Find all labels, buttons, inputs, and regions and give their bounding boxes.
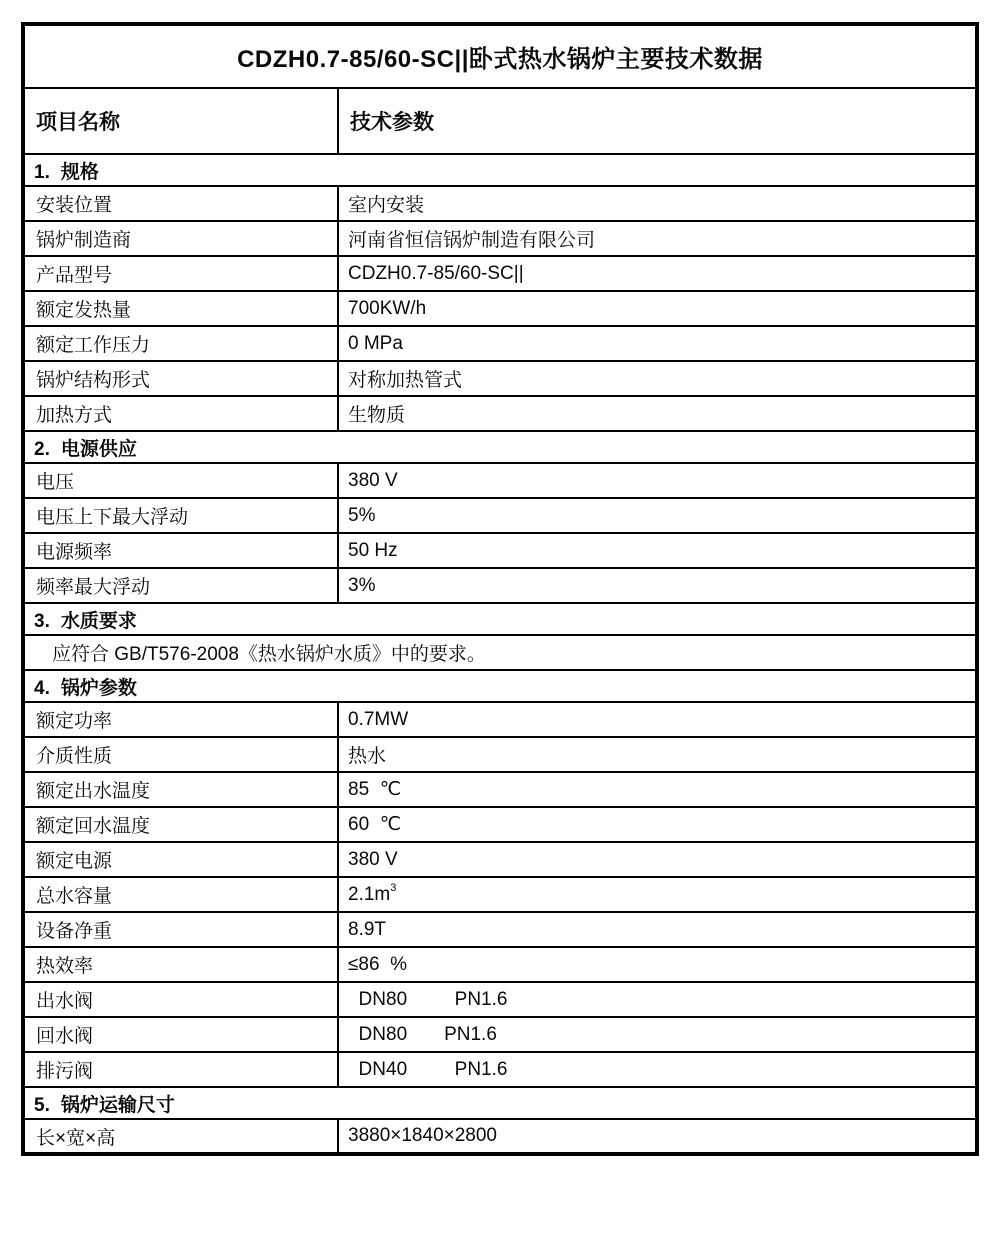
section-heading-row: 3.水质要求: [23, 603, 977, 635]
spec-row: 额定功率0.7MW: [23, 702, 977, 737]
spec-param-value: DN80 PN1.6: [338, 982, 977, 1017]
section-note-row: 应符合 GB/T576-2008《热水锅炉水质》中的要求。: [23, 635, 977, 670]
spec-param-value: 85 ℃: [338, 772, 977, 807]
spec-row: 额定出水温度85 ℃: [23, 772, 977, 807]
spec-value-text: 380 V: [348, 849, 398, 870]
spec-row: 出水阀 DN80 PN1.6: [23, 982, 977, 1017]
spec-row: 热效率≤86 %: [23, 947, 977, 982]
spec-row: 长×宽×高3880×1840×2800: [23, 1119, 977, 1154]
spec-param-value: 700KW/h: [338, 291, 977, 326]
spec-value-text: DN80 PN1.6: [348, 989, 507, 1010]
spec-value-text: 0.7MW: [348, 709, 408, 730]
spec-row: 额定电源380 V: [23, 842, 977, 877]
spec-value-text: 热水: [348, 746, 386, 767]
boiler-spec-table: CDZH0.7-85/60-SC||卧式热水锅炉主要技术数据 项目名称 技术参数…: [21, 22, 979, 1156]
section-heading: 3.水质要求: [23, 603, 977, 635]
section-heading: 2.电源供应: [23, 431, 977, 463]
spec-value-text: 380 V: [348, 470, 398, 491]
spec-value-text: ≤86 %: [348, 954, 407, 975]
spec-row: 锅炉结构形式对称加热管式: [23, 361, 977, 396]
spec-param-value: 生物质: [338, 396, 977, 431]
title-row: CDZH0.7-85/60-SC||卧式热水锅炉主要技术数据: [23, 24, 977, 88]
spec-param-value: 0 MPa: [338, 326, 977, 361]
spec-value-text: 8.9T: [348, 919, 386, 940]
spec-item-label: 排污阀: [23, 1052, 338, 1087]
spec-row: 加热方式生物质: [23, 396, 977, 431]
section-heading-row: 5.锅炉运输尺寸: [23, 1087, 977, 1119]
spec-value-text: 60 ℃: [348, 814, 401, 835]
spec-row: 额定回水温度60 ℃: [23, 807, 977, 842]
section-heading-row: 4.锅炉参数: [23, 670, 977, 702]
spec-value-text: 河南省恒信锅炉制造有限公司: [348, 230, 595, 251]
spec-value-text: 700KW/h: [348, 298, 426, 319]
spec-item-label: 加热方式: [23, 396, 338, 431]
spec-value-text: 室内安装: [348, 195, 424, 216]
spec-row: 设备净重8.9T: [23, 912, 977, 947]
spec-item-label: 电压: [23, 463, 338, 498]
spec-item-label: 出水阀: [23, 982, 338, 1017]
spec-value-text: DN80 PN1.6: [348, 1024, 497, 1045]
section-heading: 5.锅炉运输尺寸: [23, 1087, 977, 1119]
spec-value-text: 生物质: [348, 405, 405, 426]
spec-row: 产品型号CDZH0.7-85/60-SC||: [23, 256, 977, 291]
section-heading: 4.锅炉参数: [23, 670, 977, 702]
spec-param-value: ≤86 %: [338, 947, 977, 982]
spec-item-label: 额定发热量: [23, 291, 338, 326]
spec-param-value: DN80 PN1.6: [338, 1017, 977, 1052]
section-number: 2.: [34, 439, 50, 461]
spec-row: 电压上下最大浮动5%: [23, 498, 977, 533]
spec-param-value: 0.7MW: [338, 702, 977, 737]
spec-item-label: 额定出水温度: [23, 772, 338, 807]
spec-param-value: 对称加热管式: [338, 361, 977, 396]
spec-row: 回水阀 DN80 PN1.6: [23, 1017, 977, 1052]
spec-item-label: 设备净重: [23, 912, 338, 947]
spec-item-label: 锅炉制造商: [23, 221, 338, 256]
spec-value-text: 50 Hz: [348, 540, 398, 561]
spec-row: 锅炉制造商河南省恒信锅炉制造有限公司: [23, 221, 977, 256]
column-header-param: 技术参数: [338, 88, 977, 154]
spec-param-value: 380 V: [338, 842, 977, 877]
spec-row: 频率最大浮动3%: [23, 568, 977, 603]
spec-param-value: 60 ℃: [338, 807, 977, 842]
spec-item-label: 介质性质: [23, 737, 338, 772]
spec-value-text: 0 MPa: [348, 333, 403, 354]
column-header-row: 项目名称 技术参数: [23, 88, 977, 154]
spec-value-text: CDZH0.7-85/60-SC||: [348, 263, 524, 284]
spec-row: 电源频率50 Hz: [23, 533, 977, 568]
spec-item-label: 电源频率: [23, 533, 338, 568]
spec-value-text: 2.1m: [348, 884, 390, 905]
spec-item-label: 回水阀: [23, 1017, 338, 1052]
spec-row: 总水容量2.1m3: [23, 877, 977, 912]
spec-value-text: 3880×1840×2800: [348, 1125, 497, 1146]
spec-row: 额定工作压力0 MPa: [23, 326, 977, 361]
spec-item-label: 总水容量: [23, 877, 338, 912]
spec-item-label: 安装位置: [23, 186, 338, 221]
spec-item-label: 额定工作压力: [23, 326, 338, 361]
section-title: 锅炉运输尺寸: [61, 1095, 175, 1116]
spec-item-label: 额定回水温度: [23, 807, 338, 842]
column-header-item: 项目名称: [23, 88, 338, 154]
spec-value-text: 85 ℃: [348, 779, 401, 800]
spec-item-label: 频率最大浮动: [23, 568, 338, 603]
section-title: 电源供应: [61, 439, 137, 460]
section-number: 1.: [34, 162, 50, 184]
spec-item-label: 锅炉结构形式: [23, 361, 338, 396]
spec-param-value: 8.9T: [338, 912, 977, 947]
spec-item-label: 热效率: [23, 947, 338, 982]
spec-row: 介质性质热水: [23, 737, 977, 772]
spec-param-value: 室内安装: [338, 186, 977, 221]
spec-param-value: 50 Hz: [338, 533, 977, 568]
spec-row: 排污阀 DN40 PN1.6: [23, 1052, 977, 1087]
spec-param-value: 3880×1840×2800: [338, 1119, 977, 1154]
section-heading-row: 1.规格: [23, 154, 977, 186]
section-title: 规格: [61, 162, 99, 183]
section-title: 锅炉参数: [61, 678, 137, 699]
spec-param-value: 5%: [338, 498, 977, 533]
section-number: 3.: [34, 611, 50, 633]
spec-value-text: 对称加热管式: [348, 370, 462, 391]
spec-value-text: 5%: [348, 505, 375, 526]
spec-item-label: 长×宽×高: [23, 1119, 338, 1154]
spec-item-label: 额定电源: [23, 842, 338, 877]
section-number: 4.: [34, 678, 50, 700]
spec-param-value: 3%: [338, 568, 977, 603]
spec-param-value: 热水: [338, 737, 977, 772]
spec-param-value: 2.1m3: [338, 877, 977, 912]
section-number: 5.: [34, 1095, 50, 1117]
spec-param-value: CDZH0.7-85/60-SC||: [338, 256, 977, 291]
spec-item-label: 额定功率: [23, 702, 338, 737]
document-title: CDZH0.7-85/60-SC||卧式热水锅炉主要技术数据: [23, 24, 977, 88]
spec-value-text: 3%: [348, 575, 375, 596]
spec-value-text: DN40 PN1.6: [348, 1059, 507, 1080]
spec-param-value: 河南省恒信锅炉制造有限公司: [338, 221, 977, 256]
spec-param-value: 380 V: [338, 463, 977, 498]
spec-row: 电压380 V: [23, 463, 977, 498]
section-heading-row: 2.电源供应: [23, 431, 977, 463]
spec-item-label: 产品型号: [23, 256, 338, 291]
spec-row: 额定发热量700KW/h: [23, 291, 977, 326]
spec-value-superscript: 3: [390, 882, 396, 894]
section-title: 水质要求: [61, 611, 137, 632]
section-heading: 1.规格: [23, 154, 977, 186]
spec-param-value: DN40 PN1.6: [338, 1052, 977, 1087]
water-quality-note: 应符合 GB/T576-2008《热水锅炉水质》中的要求。: [23, 635, 977, 670]
spec-item-label: 电压上下最大浮动: [23, 498, 338, 533]
spec-row: 安装位置室内安装: [23, 186, 977, 221]
